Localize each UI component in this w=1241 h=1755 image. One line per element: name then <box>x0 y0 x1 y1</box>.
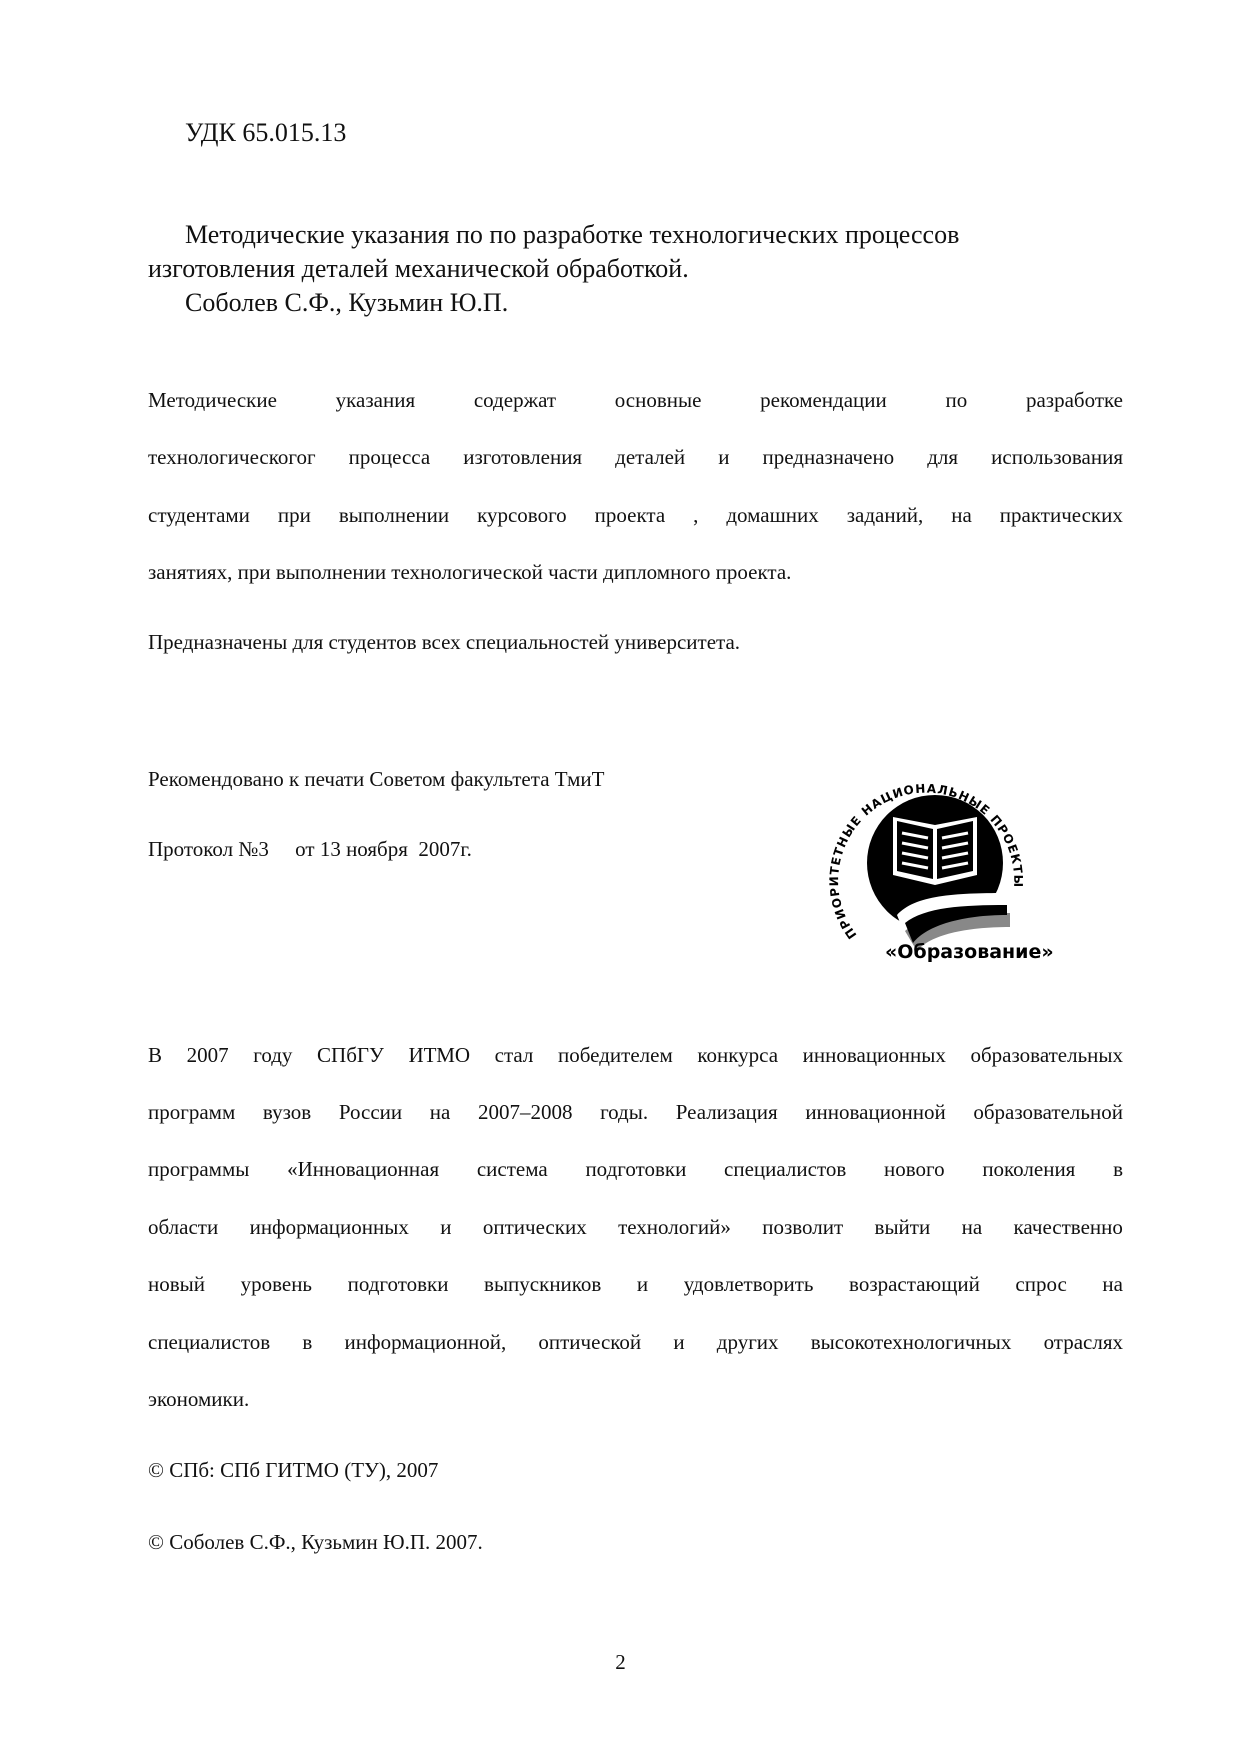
word: информационных <box>250 1215 409 1240</box>
word: в <box>1113 1157 1123 1182</box>
title-line-2: изготовления деталей механической обрабо… <box>148 254 689 284</box>
word: указания <box>336 388 415 413</box>
word: позволит <box>762 1215 843 1240</box>
protocol-note: Протокол №3 от 13 ноября 2007г. <box>148 837 472 862</box>
word: «Инновационная <box>287 1157 439 1182</box>
word: информационной, <box>345 1330 507 1355</box>
word: процесса <box>349 445 431 470</box>
copyright-publisher: © СПб: СПб ГИТМО (ТУ), 2007 <box>148 1458 438 1483</box>
word: удовлетворить <box>684 1272 814 1297</box>
word: домашних <box>726 503 818 528</box>
word: в <box>302 1330 312 1355</box>
word: 2007 <box>187 1043 229 1068</box>
word: проекта <box>595 503 666 528</box>
word: отраслях <box>1044 1330 1123 1355</box>
word: инновационных <box>803 1043 946 1068</box>
word: для <box>927 445 958 470</box>
udk-code: УДК 65.015.13 <box>185 118 346 148</box>
abstract-line: студентамипривыполнениикурсовогопроекта,… <box>148 503 1123 528</box>
abstract-line: технологическогогпроцессаизготовлениядет… <box>148 445 1123 470</box>
abstract-line: занятиях, при выполнении технологической… <box>148 560 791 585</box>
word: программы <box>148 1157 249 1182</box>
word: инновационной <box>805 1100 945 1125</box>
word: содержат <box>474 388 556 413</box>
word: выпускников <box>484 1272 601 1297</box>
word: студентами <box>148 503 250 528</box>
word: выполнении <box>339 503 449 528</box>
paragraph-line: программы«Инновационнаясистемаподготовки… <box>148 1157 1123 1182</box>
word: высокотехнологичных <box>811 1330 1012 1355</box>
word: СПбГУ <box>317 1043 384 1068</box>
word: России <box>339 1100 402 1125</box>
word: технологий» <box>618 1215 731 1240</box>
paragraph-line: областиинформационныхиоптическихтехнолог… <box>148 1215 1123 1240</box>
page-number: 2 <box>0 1650 1241 1675</box>
word: при <box>278 503 311 528</box>
word: 2007–2008 <box>478 1100 573 1125</box>
word: изготовления <box>463 445 582 470</box>
word: нового <box>884 1157 945 1182</box>
word: стал <box>495 1043 534 1068</box>
copyright-authors: © Соболев С.Ф., Кузьмин Ю.П. 2007. <box>148 1530 483 1555</box>
word: возрастающий <box>849 1272 980 1297</box>
word: оптических <box>483 1215 587 1240</box>
book-emblem-icon: ПРИОРИТЕТНЫЕ НАЦИОНАЛЬНЫЕ ПРОЕКТЫ «Образ… <box>805 775 1085 975</box>
word: спрос <box>1015 1272 1066 1297</box>
word: годы. <box>600 1100 648 1125</box>
word: программ <box>148 1100 235 1125</box>
authors: Соболев С.Ф., Кузьмин Ю.П. <box>185 288 508 318</box>
education-project-logo: ПРИОРИТЕТНЫЕ НАЦИОНАЛЬНЫЕ ПРОЕКТЫ «Образ… <box>805 775 1085 975</box>
word: по <box>946 388 968 413</box>
word: и <box>673 1330 684 1355</box>
word: подготовки <box>585 1157 686 1182</box>
word: ИТМО <box>409 1043 471 1068</box>
word: и <box>718 445 729 470</box>
word: вузов <box>263 1100 311 1125</box>
word: других <box>717 1330 779 1355</box>
word: поколения <box>982 1157 1075 1182</box>
word: Методические <box>148 388 277 413</box>
word: уровень <box>241 1272 312 1297</box>
word: специалистов <box>148 1330 270 1355</box>
word: заданий, <box>847 503 924 528</box>
word: рекомендации <box>760 388 887 413</box>
word: В <box>148 1043 162 1068</box>
word: курсового <box>477 503 567 528</box>
word: использования <box>991 445 1123 470</box>
word: практических <box>1000 503 1123 528</box>
word: система <box>477 1157 548 1182</box>
title-line-1: Методические указания по по разработке т… <box>185 220 959 250</box>
word: , <box>693 503 698 528</box>
word: на <box>430 1100 451 1125</box>
paragraph-line: специалистоввинформационной,оптическойид… <box>148 1330 1123 1355</box>
word: году <box>253 1043 292 1068</box>
paragraph-line: экономики. <box>148 1387 249 1412</box>
audience-note: Предназначены для студентов всех специал… <box>148 630 740 655</box>
paragraph-line: В2007годуСПбГУИТМОсталпобедителемконкурс… <box>148 1043 1123 1068</box>
word: на <box>1102 1272 1123 1297</box>
word: конкурса <box>697 1043 778 1068</box>
word: на <box>951 503 972 528</box>
word: деталей <box>615 445 685 470</box>
word: предназначено <box>763 445 895 470</box>
word: победителем <box>558 1043 673 1068</box>
word: и <box>637 1272 648 1297</box>
word: специалистов <box>724 1157 846 1182</box>
word: качественно <box>1014 1215 1123 1240</box>
word: технологическогог <box>148 445 316 470</box>
abstract-line: Методическиеуказаниясодержатосновныереко… <box>148 388 1123 413</box>
word: подготовки <box>348 1272 449 1297</box>
logo-caption: «Образование» <box>885 941 1054 963</box>
word: оптической <box>538 1330 641 1355</box>
word: образовательных <box>971 1043 1124 1068</box>
word: Реализация <box>676 1100 778 1125</box>
word: разработке <box>1026 388 1123 413</box>
word: области <box>148 1215 218 1240</box>
paragraph-line: программвузовРоссиина2007–2008годы.Реали… <box>148 1100 1123 1125</box>
word: образовательной <box>973 1100 1123 1125</box>
paragraph-line: новыйуровеньподготовкивыпускниковиудовле… <box>148 1272 1123 1297</box>
word: на <box>962 1215 983 1240</box>
word: новый <box>148 1272 205 1297</box>
word: основные <box>615 388 702 413</box>
word: и <box>440 1215 451 1240</box>
word: выйти <box>875 1215 931 1240</box>
recommended-note: Рекомендовано к печати Советом факультет… <box>148 767 604 792</box>
